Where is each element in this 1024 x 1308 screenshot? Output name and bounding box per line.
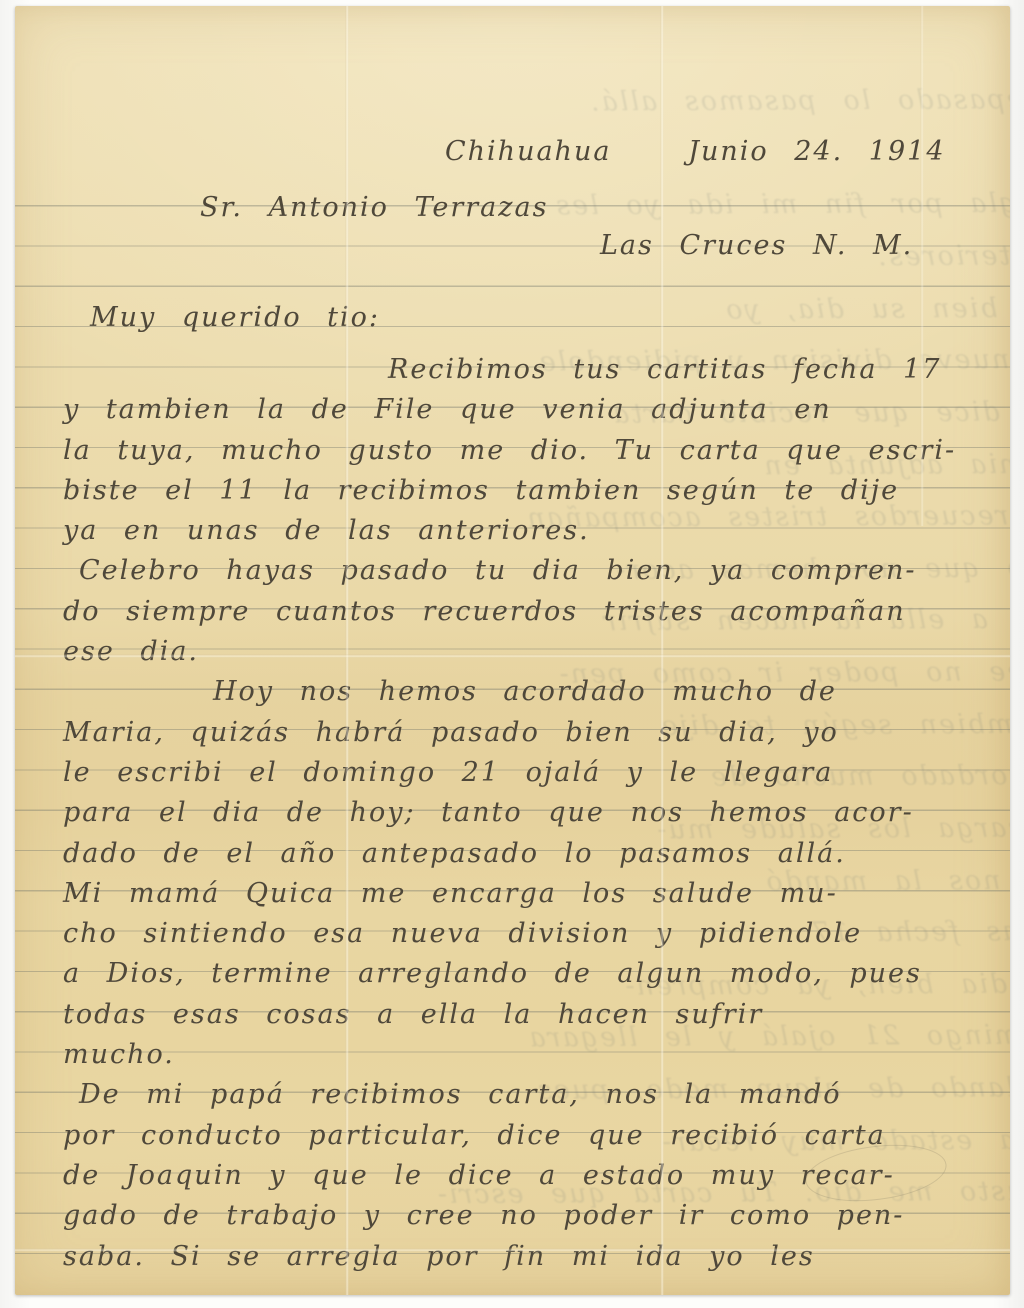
ink-bleedthrough-line: dado de el año antepasado lo pasamos all…	[15, 82, 1010, 120]
ink-bleedthrough-line: ese dia.	[15, 30, 1010, 68]
letter-body: Recibimos tus cartitas fecha 17y tambien…	[63, 350, 1003, 1277]
letter-line: por conducto particular, dice que recibi…	[63, 1116, 1003, 1156]
letter-line: mucho.	[63, 1035, 1003, 1075]
letter-line: cho sintiendo esa nueva division y pidie…	[63, 914, 1003, 954]
letter-line: para el dia de hoy; tanto que nos hemos …	[63, 793, 1003, 833]
letter-line: la tuya, mucho gusto me dio. Tu carta qu…	[63, 431, 1003, 471]
scan-background: ese dia.dado de el año antepasado lo pas…	[0, 0, 1024, 1308]
letter-line: de Joaquin y que le dice a estado muy re…	[63, 1156, 1003, 1196]
letter-line: saba. Si se arregla por fin mi ida yo le…	[63, 1237, 1003, 1277]
letter-line: y tambien la de File que venia adjunta e…	[63, 390, 1003, 430]
letter-line: todas esas cosas a ella la hacen sufrir	[63, 995, 1003, 1035]
letter-line: Hoy nos hemos acordado mucho de	[63, 672, 1003, 712]
letter-line: a Dios, termine arreglando de algun modo…	[63, 954, 1003, 994]
letter-line: De mi papá recibimos carta, nos la mandó	[63, 1075, 1003, 1115]
letter-line: ese dia.	[63, 632, 1003, 672]
addressee-location: Las Cruces N. M.	[600, 230, 913, 261]
dateline: Chihuahua Junio 24. 1914	[445, 136, 946, 167]
letter-line: biste el 11 la recibimos tambien según t…	[63, 471, 1003, 511]
letter-line: Maria, quizás habrá pasado bien su dia, …	[63, 713, 1003, 753]
letter-line: gado de trabajo y cree no poder ir como …	[63, 1196, 1003, 1236]
addressee-name: Sr. Antonio Terrazas	[200, 192, 548, 223]
letter-line: Recibimos tus cartitas fecha 17	[63, 350, 1003, 390]
letter-line: Mi mamá Quica me encarga los salude mu-	[63, 874, 1003, 914]
salutation: Muy querido tio:	[90, 302, 380, 333]
letter-line: ya en unas de las anteriores.	[63, 511, 1003, 551]
letter-line: le escribi el domingo 21 ojalá y le lleg…	[63, 753, 1003, 793]
letter-line: Celebro hayas pasado tu dia bien, ya com…	[63, 551, 1003, 591]
letter-page: ese dia.dado de el año antepasado lo pas…	[15, 6, 1010, 1295]
letter-line: do siempre cuantos recuerdos tristes aco…	[63, 592, 1003, 632]
letter-line: dado de el año antepasado lo pasamos all…	[63, 834, 1003, 874]
